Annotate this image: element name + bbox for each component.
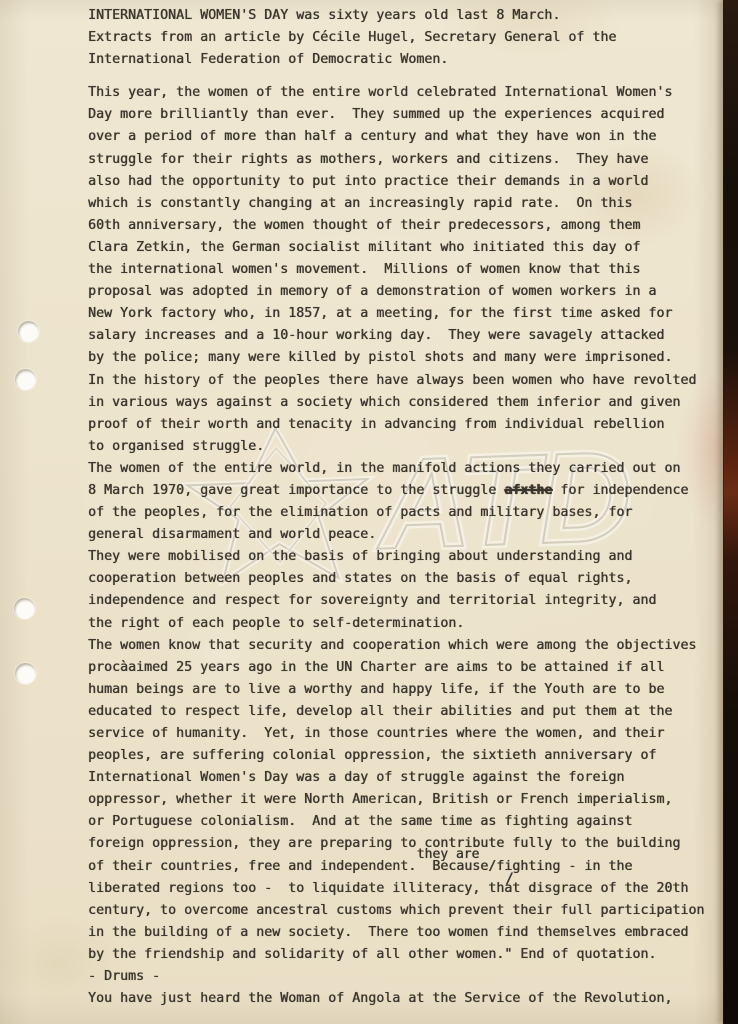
- text-line: The women know that security and coopera…: [88, 635, 728, 657]
- text-line: foreign oppression, they are preparing t…: [88, 833, 728, 855]
- text-line: This year, the women of the entire world…: [88, 82, 728, 104]
- text-segment: oppressor, whether it were North America…: [88, 792, 672, 807]
- text-segment: International Federation of Democratic W…: [88, 52, 448, 67]
- text-segment: The women of the entire world, in the ma…: [88, 461, 680, 476]
- text-segment: independence and respect for sovereignty…: [88, 593, 656, 608]
- text-segment: In the history of the peoples there have…: [88, 373, 696, 388]
- text-line: You have just heard the Woman of Angola …: [88, 988, 728, 1010]
- text-line: human beings are to live a worthy and ha…: [88, 679, 728, 701]
- text-line: They were mobilised on the basis of brin…: [88, 546, 728, 568]
- text-segment: which is constantly changing at an incre…: [88, 196, 632, 211]
- text-line: struggle for their rights as mothers, wo…: [88, 149, 728, 171]
- text-line: Day more brilliantly than ever. They sum…: [88, 104, 728, 126]
- text-line: of their countries, free and independent…: [88, 856, 728, 878]
- text-segment: or Portuguese colonialism. And at the sa…: [88, 814, 632, 829]
- text-line: by the police; many were killed by pisto…: [88, 347, 728, 369]
- text-line: to organised struggle.: [88, 436, 728, 458]
- text-line: in the building of a new society. There …: [88, 922, 728, 944]
- text-segment: educated to respect life, develop all th…: [88, 704, 672, 719]
- text-segment: proposal was adopted in memory of a demo…: [88, 284, 656, 299]
- text-segment: They were mobilised on the basis of brin…: [88, 549, 632, 564]
- text-segment: the right of each people to self-determi…: [88, 616, 464, 631]
- text-line: in various ways against a society which …: [88, 392, 728, 414]
- text-line: of the peoples, for the elimination of p…: [88, 502, 728, 524]
- text-line: proposal was adopted in memory of a demo…: [88, 281, 728, 303]
- text-line: In the history of the peoples there have…: [88, 370, 728, 392]
- text-segment: of the peoples, for the elimination of p…: [88, 505, 632, 520]
- text-segment: cooperation between peoples and states o…: [88, 571, 632, 586]
- document-text: INTERNATIONAL WOMEN'S DAY was sixty year…: [88, 5, 728, 1010]
- text-segment: liberated regions too - to liquidate ill…: [88, 881, 688, 896]
- text-line: - Drums -: [88, 966, 728, 988]
- text-line: 8 March 1970, gave great importance to t…: [88, 480, 728, 502]
- text-line: Extracts from an article by Cécile Hugel…: [88, 27, 728, 49]
- text-segment: general disarmament and world peace.: [88, 527, 376, 542]
- text-segment: in various ways against a society which …: [88, 395, 680, 410]
- text-line: 60th anniversary, the women thought of t…: [88, 215, 728, 237]
- text-line: independence and respect for sovereignty…: [88, 590, 728, 612]
- text-line: salary increases and a 10-hour working d…: [88, 325, 728, 347]
- text-segment: 8 March 1970, gave great importance to t…: [88, 483, 504, 498]
- text-line: International Federation of Democratic W…: [88, 49, 728, 71]
- text-segment: - Drums -: [88, 969, 160, 984]
- text-segment: human beings are to live a worthy and ha…: [88, 682, 664, 697]
- text-line: cooperation between peoples and states o…: [88, 568, 728, 590]
- text-line: by the friendship and solidarity of all …: [88, 944, 728, 966]
- text-segment: proof of their worth and tenacity in adv…: [88, 417, 664, 432]
- text-segment: INTERNATIONAL WOMEN'S DAY was sixty year…: [88, 8, 560, 23]
- title-line: INTERNATIONAL WOMEN'S DAY was sixty year…: [88, 5, 728, 27]
- text-line: The women of the entire world, in the ma…: [88, 458, 728, 480]
- text-segment: the international women's movement. Mill…: [88, 262, 640, 277]
- scan-edge-band: [723, 0, 738, 1024]
- punch-hole: [15, 369, 36, 390]
- interlinear-insertion: they are: [417, 844, 480, 866]
- text-line: the right of each people to self-determi…: [88, 613, 728, 635]
- text-segment: procàaimed 25 years ago in the UN Charte…: [88, 660, 664, 675]
- text-segment: salary increases and a 10-hour working d…: [88, 328, 664, 343]
- text-segment: by the friendship and solidarity of all …: [88, 947, 656, 962]
- text-line: proof of their worth and tenacity in adv…: [88, 414, 728, 436]
- punch-hole: [15, 663, 36, 684]
- text-segment: over a period of more than half a centur…: [88, 129, 656, 144]
- text-line: educated to respect life, develop all th…: [88, 701, 728, 723]
- text-segment: You have just heard the Woman of Angola …: [88, 991, 672, 1006]
- text-line: procàaimed 25 years ago in the UN Charte…: [88, 657, 728, 679]
- text-segment: This year, the women of the entire world…: [88, 85, 672, 100]
- text-segment: also had the opportunity to put into pra…: [88, 174, 648, 189]
- punch-hole: [14, 598, 35, 619]
- text-segment: struggle for their rights as mothers, wo…: [88, 152, 648, 167]
- punch-hole: [18, 321, 39, 342]
- text-segment: Clara Zetkin, the German socialist milit…: [88, 240, 640, 255]
- text-line: liberated regions too - to liquidate ill…: [88, 878, 728, 900]
- text-line: also had the opportunity to put into pra…: [88, 171, 728, 193]
- text-line: New York factory who, in 1857, at a meet…: [88, 303, 728, 325]
- text-segment: to organised struggle.: [88, 439, 264, 454]
- text-line: Clara Zetkin, the German socialist milit…: [88, 237, 728, 259]
- text-segment: Extracts from an article by Cécile Hugel…: [88, 30, 616, 45]
- text-segment: 60th anniversary, the women thought of t…: [88, 218, 640, 233]
- text-segment: of their countries, free and independent…: [88, 859, 632, 874]
- text-line: International Women's Day was a day of s…: [88, 767, 728, 789]
- strikethrough-word: afxthe: [504, 483, 552, 498]
- text-line: which is constantly changing at an incre…: [88, 193, 728, 215]
- text-line: oppressor, whether it were North America…: [88, 789, 728, 811]
- text-segment: century, to overcome ancestral customs w…: [88, 903, 704, 918]
- text-segment: by the police; many were killed by pisto…: [88, 350, 672, 365]
- text-segment: Day more brilliantly than ever. They sum…: [88, 107, 664, 122]
- text-line: peoples, are suffering colonial oppressi…: [88, 745, 728, 767]
- text-segment: The women know that security and coopera…: [88, 638, 696, 653]
- text-line: general disarmament and world peace.: [88, 524, 728, 546]
- text-line: century, to overcome ancestral customs w…: [88, 900, 728, 922]
- text-segment: service of humanity. Yet, in those count…: [88, 726, 664, 741]
- text-segment: foreign oppression, they are preparing t…: [88, 836, 680, 851]
- text-line: or Portuguese colonialism. And at the sa…: [88, 811, 728, 833]
- text-segment: International Women's Day was a day of s…: [88, 770, 624, 785]
- text-segment: in the building of a new society. There …: [88, 925, 688, 940]
- text-segment: peoples, are suffering colonial oppressi…: [88, 748, 656, 763]
- text-line: over a period of more than half a centur…: [88, 126, 728, 148]
- text-segment: New York factory who, in 1857, at a meet…: [88, 306, 672, 321]
- text-line: service of humanity. Yet, in those count…: [88, 723, 728, 745]
- text-line: the international women's movement. Mill…: [88, 259, 728, 281]
- text-segment: for independence: [552, 483, 688, 498]
